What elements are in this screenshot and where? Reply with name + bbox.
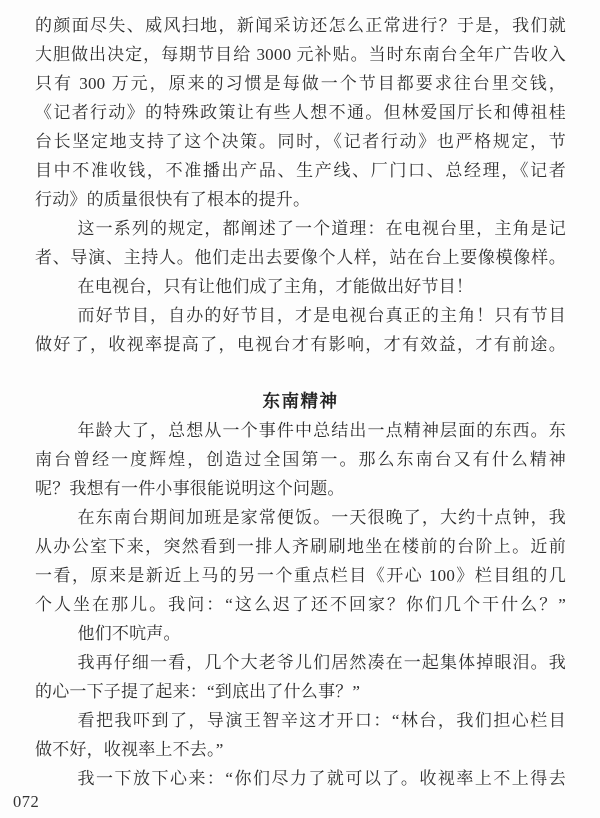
text-line: 呢？我想有一件小事很能说明这个问题。 (35, 474, 566, 503)
text-line: 只有 300 万元，原来的习惯是每做一个节目都要求往台里交钱， (35, 69, 566, 98)
text-line: 目中不准收钱，不准播出产品、生产线、厂门口、总经理，《记者 (35, 156, 566, 185)
text-line: 台长坚定地支持了这个决策。同时，《记者行动》也严格规定，节 (35, 127, 566, 156)
text-line: 看把我吓到了，导演王智辛这才开口：“林台，我们担心栏目 (35, 706, 566, 735)
text-line: 年龄大了，总想从一个事件中总结出一点精神层面的东西。东 (35, 416, 566, 445)
text-line: 《记者行动》的特殊政策让有些人想不通。但林爱国厅长和傅祖桂 (35, 98, 566, 127)
text-line: 南台曾经一度辉煌，创造过全国第一。那么东南台又有什么精神 (35, 445, 566, 474)
text-line: 这一系列的规定，都阐述了一个道理：在电视台里，主角是记 (35, 214, 566, 243)
page-number: 072 (13, 792, 39, 811)
text-line: 的颜面尽失、威风扫地，新闻采访还怎么正常进行？于是，我们就 (35, 11, 566, 40)
text-line: 做好了，收视率提高了，电视台才有影响，才有效益，才有前途。 (35, 330, 566, 359)
section-heading: 东南精神 (35, 387, 566, 416)
text-line: 我一下放下心来：“你们尽力了就可以了。收视率上不上得去 (35, 764, 566, 793)
text-line: 的心一下子提了起来：“到底出了什么事？” (35, 677, 566, 706)
text-line: 在电视台，只有让他们成了主角，才能做出好节目！ (35, 272, 566, 301)
text-line: 大胆做出决定，每期节目给 3000 元补贴。当时东南台全年广告收入 (35, 40, 566, 69)
text-line: 行动》的质量很快有了根本的提升。 (35, 185, 566, 214)
text-line: 做不好，收视率上不去。” (35, 735, 566, 764)
text-line: 者、导演、主持人。他们走出去要像个人样，站在台上要像模像样。 (35, 243, 566, 272)
page-body: 的颜面尽失、威风扫地，新闻采访还怎么正常进行？于是，我们就 大胆做出决定，每期节… (35, 11, 566, 793)
text-line: 从办公室下来，突然看到一排人齐刷刷地坐在楼前的台阶上。近前 (35, 532, 566, 561)
text-line: 在东南台期间加班是家常便饭。一天很晚了，大约十点钟，我 (35, 503, 566, 532)
text-line: 我再仔细一看，几个大老爷儿们居然凑在一起集体掉眼泪。我 (35, 648, 566, 677)
text-line: 他们不吭声。 (35, 619, 566, 648)
scanned-book-page: 的颜面尽失、威风扫地，新闻采访还怎么正常进行？于是，我们就 大胆做出决定，每期节… (0, 0, 600, 818)
text-line: 个人坐在那儿。我问：“这么迟了还不回家？你们几个干什么？” (35, 590, 566, 619)
text-line: 而好节目，自办的好节目，才是电视台真正的主角！只有节目 (35, 301, 566, 330)
text-line: 一看，原来是新近上马的另一个重点栏目《开心 100》栏目组的几 (35, 561, 566, 590)
